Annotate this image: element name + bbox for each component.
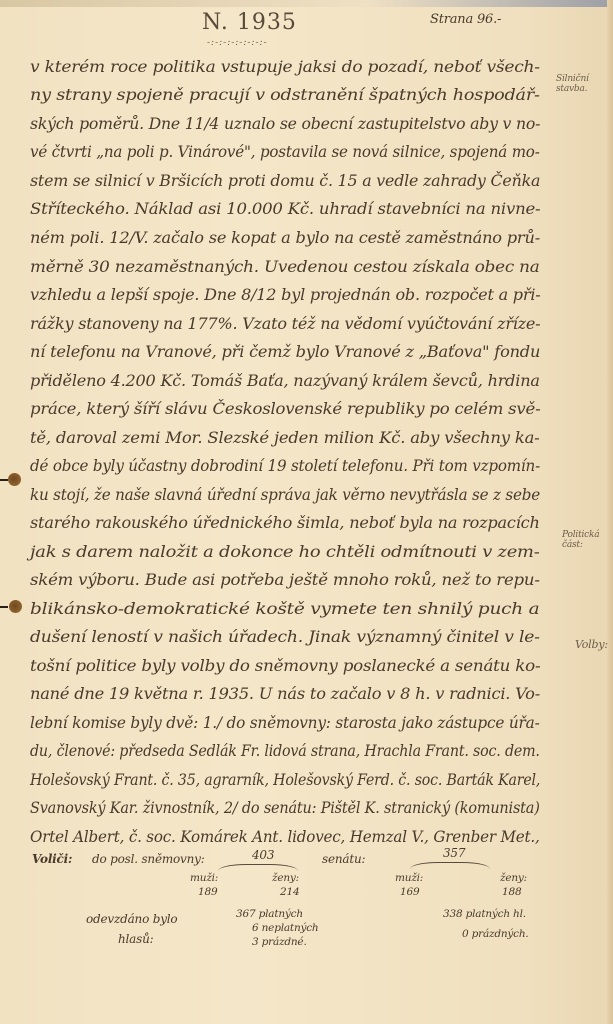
binding-thread [0,606,8,608]
senate-total: 357 [443,846,465,860]
text-line: práce, který šíří slávu Československé r… [30,400,540,418]
page-right-edge [607,0,613,1024]
text-line: vé čtvrti „na poli p. Vinárové", postavi… [30,143,540,161]
text-line: dušení leností v našich úřadech. Jinak v… [30,628,540,646]
text-line: jak s darem naložit a dokonce ho chtěli … [30,543,540,561]
text-line: ní telefonu na Vranové, při čemž bylo Vr… [30,343,540,361]
senate-women-label: ženy: [500,872,527,884]
text-line: ném poli. 12/V. začalo se kopat a bylo n… [30,229,540,247]
senate-women: 188 [502,886,521,898]
margin-note-elections: Volby: [575,640,611,650]
text-line: stem se silnicí v Bršicích proti domu č.… [30,172,540,190]
text-line: dé obce byly účastny dobrodiní 19 stolet… [30,457,540,475]
text-line: vzhledu a lepší spoje. Dne 8/12 byl proj… [30,286,540,304]
page-number: Strana 96.- [430,12,501,27]
page-top-edge [0,0,613,7]
text-line: Stříteckého. Náklad asi 10.000 Kč. uhrad… [30,200,540,218]
margin-note-road: Silniční stavba. [556,74,596,94]
voters-label: Voliči: [32,852,72,866]
votes-label-line2: hlasů: [118,932,153,946]
chamber-women: 214 [280,886,299,898]
senate-valid-votes: 338 platných hl. [443,908,526,920]
chamber-valid-votes: 367 platných [236,908,303,920]
text-line: ku stojí, že naše slavná úřední správa j… [30,486,540,504]
text-line: ny strany spojeně pracují v odstranění š… [30,86,540,104]
text-line: ském výboru. Bude asi potřeba ještě mnoh… [30,571,540,589]
chamber-invalid-votes: 6 neplatných [252,922,319,934]
senate-men-label: muži: [395,872,423,884]
margin-note-politics: Politická část: [562,530,602,550]
chamber-total: 403 [252,848,274,862]
binding-thread [0,479,8,481]
chamber-women-label: ženy: [272,872,299,884]
text-line: du, členové: předseda Sedlák Fr. lidová … [30,742,540,760]
chamber-brace [218,864,298,871]
votes-label-line1: odevzdáno bylo [86,912,177,926]
text-line: Ortel Albert, č. soc. Komárek Ant. lidov… [30,828,540,846]
senate-blank-votes: 0 prázdných. [462,928,529,940]
entry-number: N. 1935 [202,10,297,35]
text-line: starého rakouského úřednického šimla, ne… [30,514,540,532]
chamber-label: do posl. sněmovny: [92,852,205,866]
binding-hole-icon [8,473,21,486]
chamber-men-label: muži: [190,872,218,884]
senate-label: senátu: [322,852,365,866]
header-underline-decoration: -:-:-:-:-:-:-:- [207,38,268,48]
text-line: rážky stanoveny na 177%. Vzato též na vě… [30,315,540,333]
text-line: tošní politice byly volby do sněmovny po… [30,657,540,675]
senate-brace [410,862,490,869]
senate-men: 169 [400,886,419,898]
text-line: Holešovský Frant. č. 35, agrarník, Holeš… [30,771,540,789]
chamber-men: 189 [198,886,217,898]
text-line: lební komise byly dvě: 1./ do sněmovny: … [30,714,540,732]
text-line: blikánsko-demokratické koště vymete ten … [30,600,540,618]
text-line: měrně 30 nezaměstnaných. Uvedenou cestou… [30,258,540,276]
text-line: tě, daroval zemi Mor. Slezské jeden mili… [30,429,540,447]
text-line: nané dne 19 května r. 1935. U nás to zač… [30,685,540,703]
chamber-blank-votes: 3 prázdné. [252,936,307,948]
text-line: Svanovský Kar. živnostník, 2/ do senátu:… [30,799,540,817]
text-line: přiděleno 4.200 Kč. Tomáš Baťa, nazývaný… [30,372,540,390]
binding-hole-icon [9,600,22,613]
ledger-page: N. 1935 -:-:-:-:-:-:-:- Strana 96.- Siln… [0,0,613,1024]
text-line: ských poměrů. Dne 11/4 uznalo se obecní … [30,115,540,133]
text-line: v kterém roce politika vstupuje jaksi do… [30,58,540,76]
